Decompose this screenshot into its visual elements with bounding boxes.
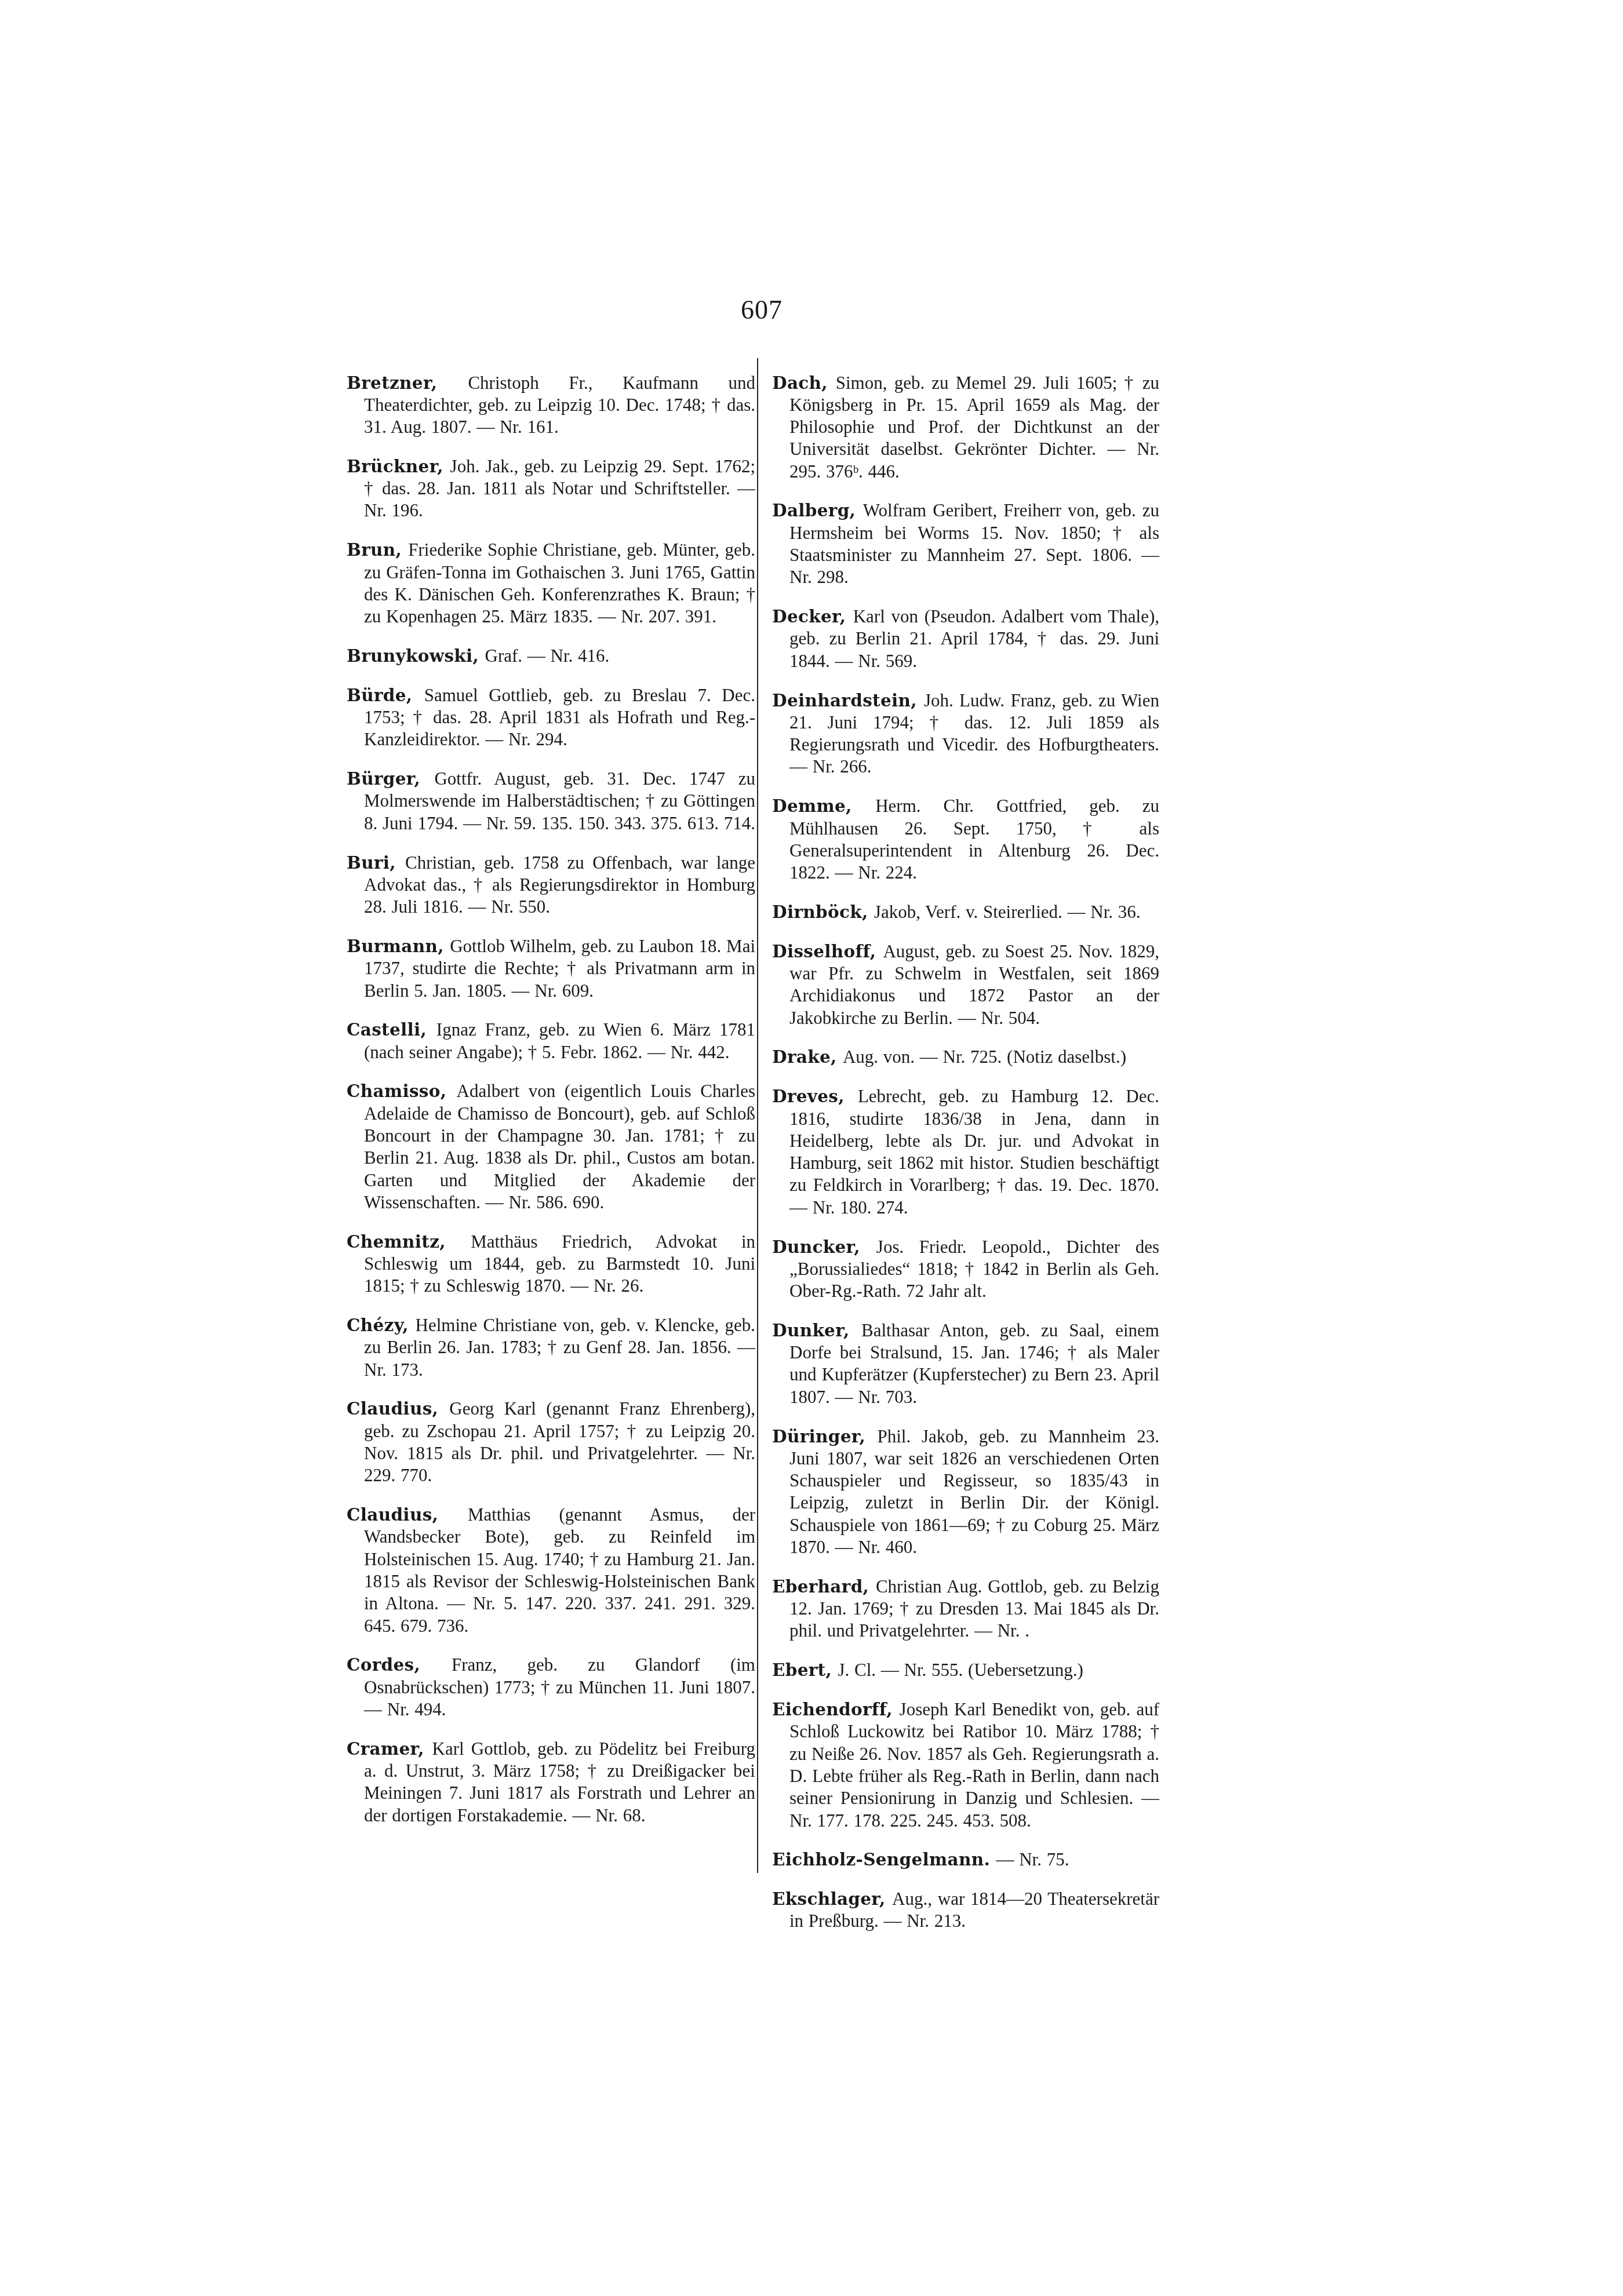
- register-entry: Brun, Friederike Sophie Christiane, geb.…: [347, 539, 755, 628]
- register-entry: Dach, Simon, geb. zu Memel 29. Juli 1605…: [772, 372, 1159, 483]
- entry-text: J. Cl. — Nr. 555. (Uebersetzung.): [838, 1660, 1083, 1680]
- entry-text: Graf. — Nr. 416.: [485, 646, 610, 666]
- entry-name: Eichholz-Sengelmann.: [772, 1849, 990, 1869]
- register-entry: Dunker, Balthasar Anton, geb. zu Saal, e…: [772, 1320, 1159, 1408]
- register-entry: Eichendorff, Joseph Karl Benedikt von, g…: [772, 1699, 1159, 1832]
- register-entry: Dalberg, Wolfram Geribert, Freiherr von,…: [772, 500, 1159, 588]
- entry-text: Friederike Sophie Christiane, geb. Münte…: [364, 540, 755, 626]
- register-entry: Bürger, Gottfr. August, geb. 31. Dec. 17…: [347, 768, 755, 834]
- entry-name: Claudius,: [347, 1398, 438, 1419]
- entry-name: Bürde,: [347, 685, 412, 705]
- register-entry: Ebert, J. Cl. — Nr. 555. (Uebersetzung.): [772, 1659, 1159, 1681]
- right-column: Dach, Simon, geb. zu Memel 29. Juli 1605…: [772, 355, 1159, 1938]
- entry-name: Cordes,: [347, 1654, 420, 1675]
- entry-name: Duncker,: [772, 1237, 860, 1257]
- entry-name: Disselhoff,: [772, 941, 876, 961]
- entry-name: Demme,: [772, 796, 852, 816]
- entry-text: Aug. von. — Nr. 725. (Notiz daselbst.): [843, 1047, 1126, 1067]
- register-entry: Claudius, Georg Karl (genannt Franz Ehre…: [347, 1398, 755, 1486]
- register-entry: Drake, Aug. von. — Nr. 725. (Notiz dasel…: [772, 1046, 1159, 1068]
- register-entry: Eichholz-Sengelmann. — Nr. 75.: [772, 1849, 1159, 1871]
- entry-name: Dreves,: [772, 1086, 845, 1106]
- entry-name: Düringer,: [772, 1426, 865, 1446]
- entry-name: Chézy,: [347, 1315, 409, 1335]
- entry-name: Bürger,: [347, 768, 420, 789]
- register-entry: Eberhard, Christian Aug. Gottlob, geb. z…: [772, 1576, 1159, 1642]
- register-entry: Ekschlager, Aug., war 1814—20 Theatersek…: [772, 1888, 1159, 1933]
- entry-name: Cramer,: [347, 1739, 424, 1759]
- entry-name: Eberhard,: [772, 1576, 869, 1597]
- register-entry: Duncker, Jos. Friedr. Leopold., Dichter …: [772, 1236, 1159, 1303]
- entry-name: Brunykowski,: [347, 646, 479, 666]
- entry-text: Franz, geb. zu Glandorf (im Osnabrücksch…: [364, 1654, 755, 1719]
- entry-name: Eichendorff,: [772, 1699, 893, 1719]
- register-entry: Brunykowski, Graf. — Nr. 416.: [347, 645, 755, 667]
- register-entry: Düringer, Phil. Jakob, geb. zu Mannheim …: [772, 1426, 1159, 1559]
- entry-name: Buri,: [347, 852, 396, 873]
- entry-text: Christian, geb. 1758 zu Offenbach, war l…: [364, 852, 755, 917]
- register-entry: Demme, Herm. Chr. Gottfried, geb. zu Müh…: [772, 795, 1159, 884]
- left-column: Bretzner, Christoph Fr., Kaufmann und Th…: [347, 355, 755, 1832]
- register-entry: Burmann, Gottlob Wilhelm, geb. zu Laubon…: [347, 935, 755, 1002]
- register-entry: Cramer, Karl Gottlob, geb. zu Pödelitz b…: [347, 1738, 755, 1827]
- register-entry: Chemnitz, Matthäus Friedrich, Advokat in…: [347, 1231, 755, 1298]
- register-entry: Claudius, Matthias (genannt Asmus, der W…: [347, 1504, 755, 1637]
- entry-name: Chemnitz,: [347, 1231, 446, 1252]
- entry-text: — Nr. 75.: [996, 1849, 1069, 1869]
- entry-name: Brun,: [347, 540, 402, 560]
- entry-name: Dalberg,: [772, 500, 856, 520]
- register-entry: Brückner, Joh. Jak., geb. zu Leipzig 29.…: [347, 455, 755, 522]
- register-entry: Bürde, Samuel Gottlieb, geb. zu Breslau …: [347, 684, 755, 751]
- entry-name: Dunker,: [772, 1320, 849, 1340]
- entry-text: Helmine Christiane von, geb. v. Klencke,…: [364, 1315, 755, 1380]
- page-number: 607: [741, 294, 783, 325]
- entry-name: Drake,: [772, 1047, 837, 1067]
- register-entry: Castelli, Ignaz Franz, geb. zu Wien 6. M…: [347, 1019, 755, 1063]
- entry-name: Dirnböck,: [772, 902, 868, 922]
- register-entry: Dreves, Lebrecht, geb. zu Hamburg 12. De…: [772, 1085, 1159, 1219]
- entry-name: Claudius,: [347, 1504, 438, 1525]
- entry-name: Decker,: [772, 606, 846, 626]
- entry-text: Jakob, Verf. v. Steirerlied. — Nr. 36.: [874, 902, 1141, 922]
- entry-name: Dach,: [772, 373, 828, 393]
- entry-name: Brückner,: [347, 456, 443, 476]
- register-entry: Cordes, Franz, geb. zu Glandorf (im Osna…: [347, 1654, 755, 1721]
- register-entry: Bretzner, Christoph Fr., Kaufmann und Th…: [347, 372, 755, 439]
- column-divider: [757, 358, 758, 1873]
- register-entry: Disselhoff, August, geb. zu Soest 25. No…: [772, 941, 1159, 1029]
- register-entry: Chamisso, Adalbert von (eigentlich Louis…: [347, 1080, 755, 1213]
- entry-text: Lebrecht, geb. zu Hamburg 12. Dec. 1816,…: [789, 1086, 1159, 1217]
- entry-name: Ebert,: [772, 1660, 832, 1680]
- entry-name: Burmann,: [347, 936, 444, 956]
- entry-name: Deinhardstein,: [772, 690, 917, 710]
- register-entry: Buri, Christian, geb. 1758 zu Offenbach,…: [347, 852, 755, 919]
- register-entry: Deinhardstein, Joh. Ludw. Franz, geb. zu…: [772, 690, 1159, 778]
- entry-name: Ekschlager,: [772, 1889, 886, 1909]
- register-entry: Chézy, Helmine Christiane von, geb. v. K…: [347, 1314, 755, 1381]
- register-entry: Dirnböck, Jakob, Verf. v. Steirerlied. —…: [772, 901, 1159, 923]
- entry-name: Chamisso,: [347, 1081, 446, 1101]
- entry-text: Simon, geb. zu Memel 29. Juli 1605; † zu…: [789, 373, 1159, 482]
- entry-name: Bretzner,: [347, 373, 437, 393]
- entry-text: Gottfr. August, geb. 31. Dec. 1747 zu Mo…: [364, 768, 755, 833]
- entry-name: Castelli,: [347, 1019, 427, 1040]
- entry-text: Samuel Gottlieb, geb. zu Breslau 7. Dec.…: [364, 685, 755, 750]
- register-entry: Decker, Karl von (Pseudon. Adalbert vom …: [772, 606, 1159, 672]
